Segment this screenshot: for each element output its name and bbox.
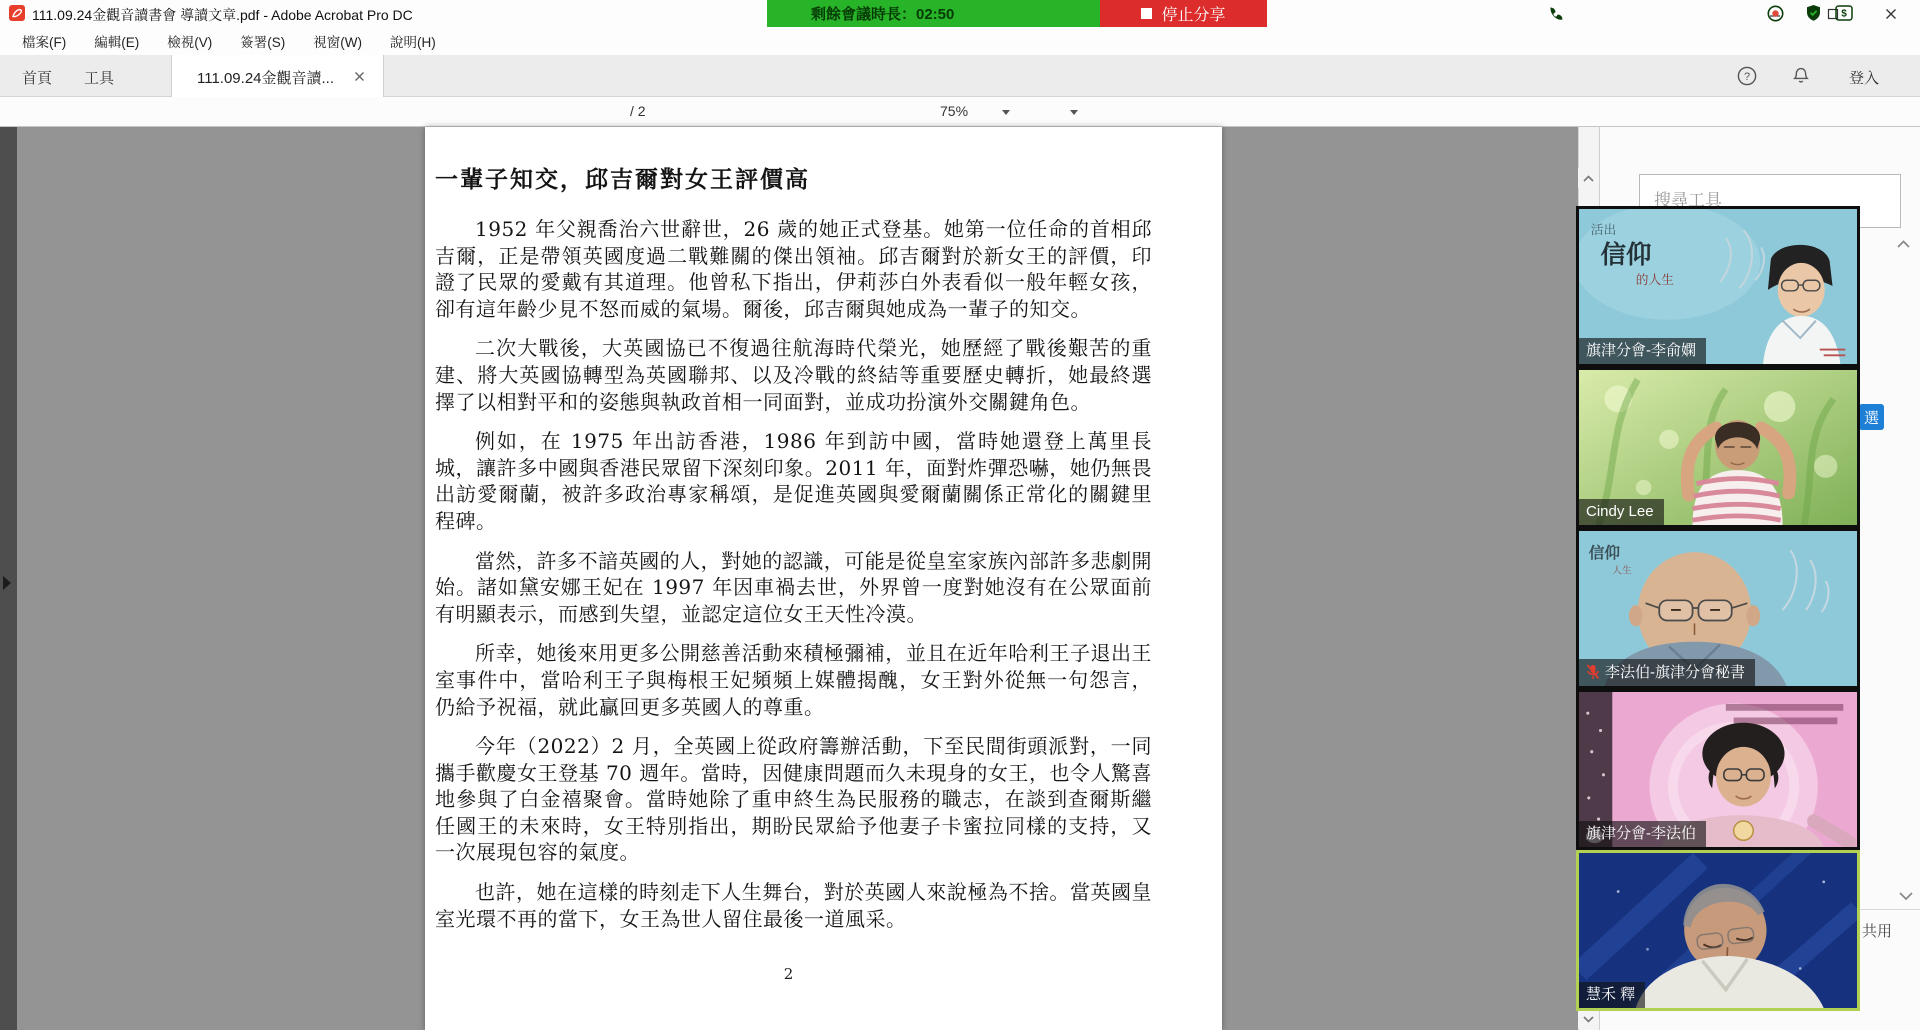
participant-name: 慧禾 釋 xyxy=(1586,987,1635,1002)
shield-check-icon[interactable] xyxy=(1805,4,1822,22)
record-icon[interactable] xyxy=(1767,5,1784,22)
menu-edit[interactable]: 編輯(E) xyxy=(88,29,145,53)
pdf-paragraph: 1952 年父親喬治六世辭世，26 歲的她正式登基。她第一位任命的首相邱吉爾，正… xyxy=(435,216,1152,322)
menu-file[interactable]: 檔案(F) xyxy=(16,29,72,53)
pdf-paragraph: 例如，在 1975 年出訪香港，1986 年到訪中國，當時她還登上萬里長城，讓許… xyxy=(435,428,1152,534)
svg-text:$: $ xyxy=(1841,9,1847,20)
close-button[interactable] xyxy=(1868,0,1914,27)
pdf-page: 一輩子知交，邱吉爾對女王評價高 1952 年父親喬治六世辭世，26 歲的她正式登… xyxy=(425,127,1222,1030)
svg-text:的人生: 的人生 xyxy=(1636,272,1675,287)
menu-view[interactable]: 檢視(V) xyxy=(161,29,218,53)
participant-name-label: 旗津分會-李俞嫻 xyxy=(1579,338,1706,364)
participant-video-3[interactable]: 信仰 人生 李法伯-旗津分會秘書 xyxy=(1576,528,1860,689)
svg-text:人生: 人生 xyxy=(1612,563,1632,576)
help-icon[interactable]: ? xyxy=(1737,66,1757,86)
pdf-paragraph: 今年（2022）2 月，全英國上從政府籌辦活動，下至民間街頭派對，一同攜手歡慶女… xyxy=(435,733,1152,866)
menu-window[interactable]: 視窗(W) xyxy=(307,29,368,53)
participant-video-1[interactable]: 活出 信仰 的人生 旗津分會-李俞嫻 xyxy=(1576,206,1860,367)
page-fit-dropdown-icon[interactable] xyxy=(1070,110,1078,115)
dollar-icon[interactable]: $ xyxy=(1835,5,1853,21)
svg-text:?: ? xyxy=(1744,71,1750,83)
panel-scroll-down-icon[interactable] xyxy=(1899,892,1913,901)
menu-bar: 檔案(F) 編輯(E) 檢視(V) 簽署(S) 視窗(W) 說明(H) xyxy=(0,27,1920,55)
sign-in-link[interactable]: 登入 xyxy=(1849,67,1879,88)
tab-document-label: 111.09.24金觀音讀... xyxy=(197,67,334,88)
zoom-meeting-bar: 剩餘會議時長：02:50 $ 停止分享 xyxy=(767,0,1267,27)
participant-video-4[interactable]: 旗津分會-李法伯 xyxy=(1576,689,1860,850)
pdf-paragraph: 當然，許多不諳英國的人，對她的認識，可能是從皇室家族內部許多悲劇開始。諸如黛安娜… xyxy=(435,548,1152,628)
toolbar: / 2 75% xyxy=(0,97,1920,127)
tab-home[interactable]: 首頁 xyxy=(22,67,52,88)
acrobat-pdf-icon xyxy=(9,5,25,21)
participant-name-label: 旗津分會-李法伯 xyxy=(1579,821,1706,847)
participant-name-label: Cindy Lee xyxy=(1579,499,1664,525)
tools-pane-badge[interactable]: 選 xyxy=(1859,404,1884,430)
tab-document[interactable]: 111.09.24金觀音讀... xyxy=(171,55,384,97)
participant-video-5[interactable]: 慧禾 釋 xyxy=(1576,850,1860,1011)
tab-bar: 首頁 工具 111.09.24金觀音讀... ? 登入 xyxy=(0,55,1920,97)
meeting-time-section: 剩餘會議時長：02:50 $ xyxy=(767,0,1100,27)
nav-pane-strip xyxy=(0,127,17,1030)
meeting-video-strip: 活出 信仰 的人生 旗津分會-李俞嫻 xyxy=(1576,206,1860,1011)
pdf-page-number: 2 xyxy=(425,965,1152,983)
participant-name: 李法伯-旗津分會秘書 xyxy=(1605,665,1745,680)
participant-video-2[interactable]: Cindy Lee xyxy=(1576,367,1860,528)
nav-pane-expand-icon[interactable] xyxy=(3,576,11,590)
pdf-paragraph: 也許，她在這樣的時刻走下人生舞台，對於英國人來說極為不捨。當英國皇室光環不再的當… xyxy=(435,879,1152,932)
zoom-level-value[interactable]: 75% xyxy=(940,97,968,126)
menu-help[interactable]: 說明(H) xyxy=(384,29,442,53)
pdf-paragraph: 二次大戰後，大英國協已不復過往航海時代榮光，她歷經了戰後艱苦的重建、將大英國協轉… xyxy=(435,335,1152,415)
phone-icon xyxy=(1548,6,1564,22)
zoom-dropdown-icon[interactable] xyxy=(1002,110,1010,115)
meeting-time-label: 剩餘會議時長：02:50 xyxy=(811,3,954,24)
pdf-paragraph: 所幸，她後來用更多公開慈善活動來積極彌補，並且在近年哈利王子退出王室事件中，當哈… xyxy=(435,640,1152,720)
page-total-label: / 2 xyxy=(630,97,646,126)
stop-share-button[interactable]: 停止分享 xyxy=(1100,0,1267,27)
participant-name: 旗津分會-李法伯 xyxy=(1586,826,1696,841)
share-divider xyxy=(1856,909,1920,910)
menu-sign[interactable]: 簽署(S) xyxy=(234,29,291,53)
stop-square-icon xyxy=(1141,8,1152,19)
tab-tools[interactable]: 工具 xyxy=(84,67,114,88)
participant-name-label: 李法伯-旗津分會秘書 xyxy=(1579,659,1755,686)
scroll-up-button[interactable] xyxy=(1578,168,1599,188)
svg-text:信仰: 信仰 xyxy=(1589,543,1621,562)
close-tab-icon[interactable] xyxy=(354,71,365,82)
panel-scroll-up-icon[interactable] xyxy=(1897,240,1910,248)
mic-muted-icon xyxy=(1586,664,1600,680)
window-title: 111.09.24金觀音讀書會 導讀文章.pdf - Adobe Acrobat… xyxy=(32,5,413,25)
pdf-text-block: 一輩子知交，邱吉爾對女王評價高 1952 年父親喬治六世辭世，26 歲的她正式登… xyxy=(435,161,1152,945)
scroll-down-button[interactable] xyxy=(1578,1009,1599,1029)
participant-name-label: 慧禾 釋 xyxy=(1579,982,1645,1008)
participant-name: Cindy Lee xyxy=(1586,504,1654,519)
stop-share-label: 停止分享 xyxy=(1161,2,1225,25)
share-pane-label[interactable]: 共用 xyxy=(1862,920,1892,941)
pdf-heading: 一輩子知交，邱吉爾對女王評價高 xyxy=(435,161,1152,194)
notification-bell-icon[interactable] xyxy=(1791,66,1811,86)
svg-text:活出: 活出 xyxy=(1591,222,1616,237)
svg-text:信仰: 信仰 xyxy=(1601,240,1652,269)
participant-name: 旗津分會-李俞嫻 xyxy=(1586,343,1696,358)
